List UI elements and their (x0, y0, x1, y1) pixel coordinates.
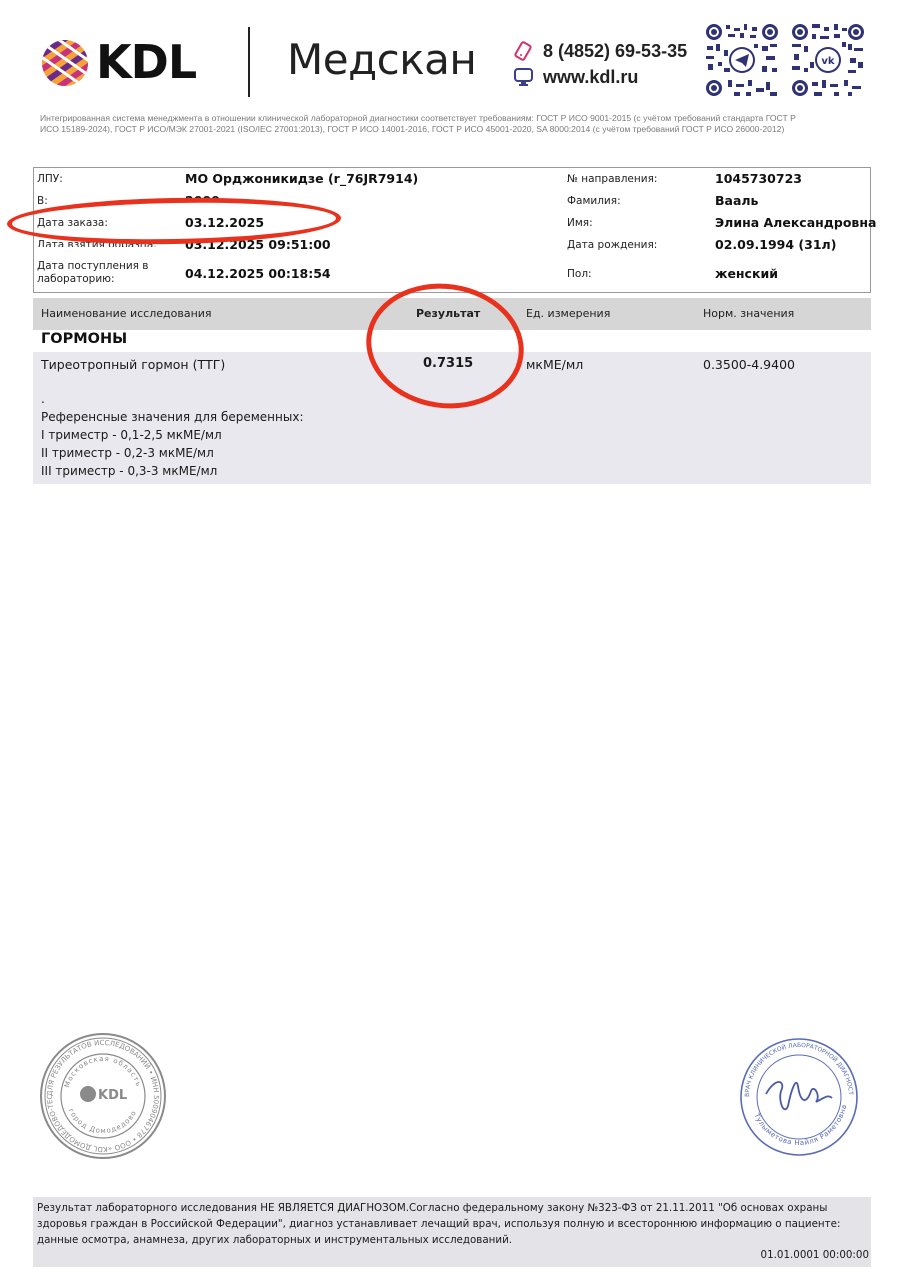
telegram-qr-code[interactable] (704, 22, 780, 98)
svg-text:ВРАЧ КЛИНИЧЕСКОЙ ЛАБОРАТОРНОЙ: ВРАЧ КЛИНИЧЕСКОЙ ЛАБОРАТОРНОЙ ДИАГНОСТИК… (736, 1036, 854, 1097)
contact-block: 8 (4852) 69-53-35 www.kdl.ru (513, 38, 687, 90)
svg-text:vk: vk (821, 56, 835, 67)
diagnosis-disclaimer: Результат лабораторного исследования НЕ … (37, 1200, 867, 1248)
brand-name: Медскан (287, 32, 476, 88)
report-header: KDL Медскан 8 (4852) 69-53-35 www.kdl.ru (0, 0, 904, 105)
sex-label: Пол: (567, 268, 592, 281)
name-label: Имя: (567, 217, 593, 230)
footer-timestamp: 01.01.0001 00:00:00 (761, 1249, 869, 1261)
test-name: Тиреотропный гормон (ТТГ) (41, 357, 225, 372)
column-unit: Ед. измерения (526, 307, 610, 320)
logo-divider (248, 27, 250, 97)
seal-center-logo: KDL (98, 1088, 127, 1103)
phone-row: 8 (4852) 69-53-35 (513, 38, 687, 64)
note-line: I триместр - 0,1-2,5 мкМЕ/мл (41, 426, 303, 444)
note-line: Референсные значения для беременных: (41, 408, 303, 426)
svg-text:город Домодедово: город Домодедово (67, 1107, 139, 1135)
organization-seal-stamp: ДЛЯ РЕЗУЛЬТАТОВ ИССЛЕДОВАНИЙ • ИНН 50090… (38, 1030, 168, 1162)
test-reference-range: 0.3500-4.9400 (703, 357, 795, 372)
group-title-hormones: ГОРМОНЫ (41, 331, 127, 347)
signature-scribble (766, 1082, 832, 1109)
birth-date-label: Дата рождения: (567, 239, 657, 252)
certification-text: Интегрированная система менеджмента в от… (40, 113, 870, 135)
surname-label: Фамилия: (567, 195, 621, 208)
referral-number-value: 1045730723 (715, 171, 802, 186)
certification-line-2: ИСО 15189-2024), ГОСТ Р ИСО/МЭК 27001-20… (40, 124, 870, 135)
v-label: В: (37, 195, 48, 208)
stamp-top-text: ВРАЧ КЛИНИЧЕСКОЙ ЛАБОРАТОРНОЙ ДИАГНОСТИК… (736, 1036, 854, 1097)
name-value: Элина Александровна (715, 215, 876, 230)
seal-inner-top-text: Московская область (63, 1055, 143, 1089)
lab-receipt-date-label: Дата поступления в лабораторию: (37, 260, 157, 286)
test-unit: мкМЕ/мл (526, 357, 583, 372)
kdl-logo-text: KDL (96, 34, 196, 90)
sex-value: женский (715, 266, 778, 281)
website-row: www.kdl.ru (513, 64, 687, 90)
column-test-name: Наименование исследования (41, 307, 212, 320)
column-reference: Норм. значения (703, 307, 794, 320)
svg-text:Московская область: Московская область (63, 1055, 143, 1089)
note-line: III триместр - 0,3-3 мкМЕ/мл (41, 462, 303, 480)
note-line: II триместр - 0,2-3 мкМЕ/мл (41, 444, 303, 462)
lab-receipt-date-value: 04.12.2025 00:18:54 (185, 266, 331, 281)
phone-number[interactable]: 8 (4852) 69-53-35 (543, 41, 687, 62)
vk-qr-code[interactable]: vk (790, 22, 866, 98)
svg-text:Тулыметова Найля Раметовна: Тулыметова Найля Раметовна (752, 1104, 848, 1148)
surname-value: Вааль (715, 193, 758, 208)
kdl-logo-icon (40, 38, 90, 88)
seal-inner-bottom-text: город Домодедово (67, 1107, 139, 1135)
footer-disclaimer-box: Результат лабораторного исследования НЕ … (33, 1197, 871, 1267)
website-link[interactable]: www.kdl.ru (543, 67, 638, 88)
certification-line-1: Интегрированная система менеджмента в от… (40, 113, 870, 124)
doctor-signature-stamp: ВРАЧ КЛИНИЧЕСКОЙ ЛАБОРАТОРНОЙ ДИАГНОСТИК… (736, 1036, 862, 1158)
phone-icon (513, 41, 535, 61)
note-line: . (41, 390, 303, 408)
stamp-bottom-text: Тулыметова Найля Раметовна (752, 1104, 848, 1148)
lpu-value: МО Орджоникидзе (r_76JR7914) (185, 171, 418, 186)
monitor-icon (513, 67, 535, 87)
lpu-label: ЛПУ: (37, 173, 63, 186)
referral-number-label: № направления: (567, 173, 657, 186)
pregnancy-reference-notes: . Референсные значения для беременных: I… (41, 390, 303, 480)
birth-date-value: 02.09.1994 (31л) (715, 237, 836, 252)
